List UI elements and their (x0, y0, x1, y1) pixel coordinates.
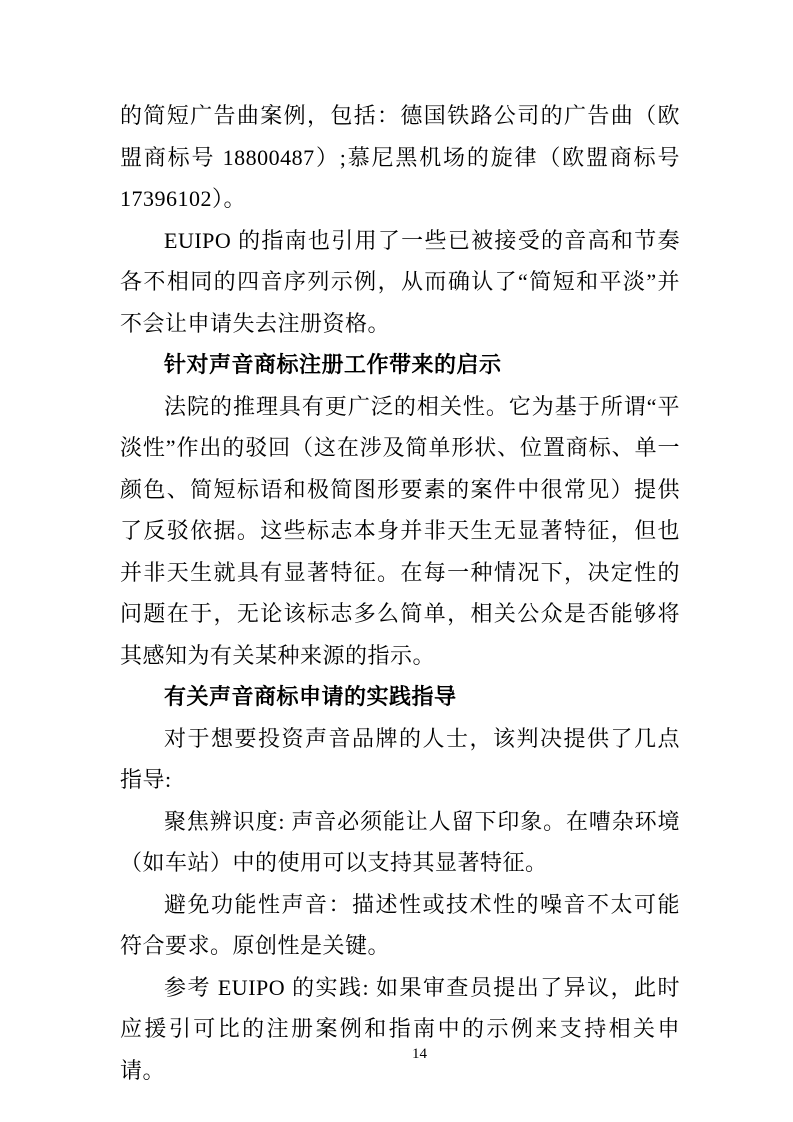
paragraph-court-reasoning: 法院的推理具有更广泛的相关性。它为基于所谓“平淡性”作出的驳回（这在涉及简单形状… (120, 386, 680, 677)
paragraph-continued-jingle-examples: 的简短广告曲案例，包括：德国铁路公司的广告曲（欧盟商标号 18800487）;慕… (120, 95, 680, 220)
page-number: 14 (412, 1046, 427, 1062)
paragraph-euipo-guidelines: EUIPO 的指南也引用了一些已被接受的音高和节奏各不相同的四音序列示例，从而确… (120, 220, 680, 345)
paragraph-avoid-functional-sounds: 避免功能性声音：描述性或技术性的噪音不太可能符合要求。原创性是关键。 (120, 884, 680, 967)
document-page: 的简短广告曲案例，包括：德国铁路公司的广告曲（欧盟商标号 18800487）;慕… (0, 0, 793, 1122)
section-heading-practical-guidance: 有关声音商标申请的实践指导 (120, 676, 680, 718)
section-heading-registration-implications: 针对声音商标注册工作带来的启示 (120, 344, 680, 386)
paragraph-guidance-intro: 对于想要投资声音品牌的人士，该判决提供了几点指导: (120, 718, 680, 801)
page-footer: 14 (0, 1046, 793, 1063)
document-text-body: 的简短广告曲案例，包括：德国铁路公司的广告曲（欧盟商标号 18800487）;慕… (120, 95, 680, 1091)
paragraph-focus-distinctiveness: 聚焦辨识度: 声音必须能让人留下印象。在嘈杂环境（如车站）中的使用可以支持其显著… (120, 801, 680, 884)
paragraph-reference-euipo-practice: 参考 EUIPO 的实践: 如果审查员提出了异议，此时应援引可比的注册案例和指南… (120, 967, 680, 1092)
